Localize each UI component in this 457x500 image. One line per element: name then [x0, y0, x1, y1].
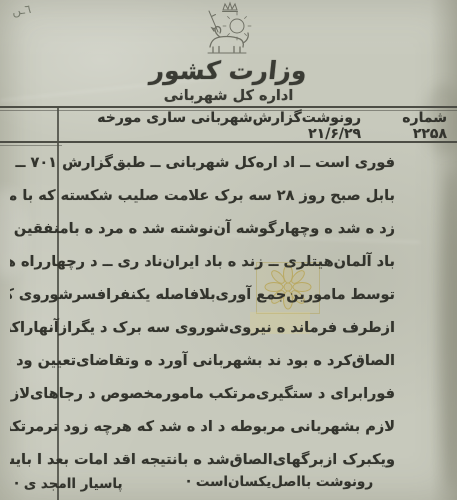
body-line: فورابرای د ستگیری‌مرتکب مامورمخصوص د رجا… [10, 378, 447, 411]
body-text: فوری است ــ اد اره‌کل شهربانی ــ طبق‌گزا… [10, 147, 447, 477]
body-line: ویکبرک ازبرگهای‌الصاق‌شد ه بانتیجه اقد ا… [10, 444, 447, 477]
body-line: لازم بشهربانی مربوطه د اد ه شد که هرچه ز… [10, 411, 447, 444]
body-line: باد آلمان‌هیتلری ــ زند ه باد ایران‌ناد … [10, 246, 447, 279]
scanned-document-page: ٦ـں وزارت کشور اداره کل شهربانی شماره ۲۲… [0, 0, 457, 500]
body-line: ازطرف فرماند ه نیروی‌شوروی سه برک د یگرا… [10, 312, 447, 345]
horizontal-rule-top [0, 106, 457, 108]
document-number: شماره ۲۲۵۸ [363, 110, 447, 142]
body-line: فوری است ــ اد اره‌کل شهربانی ــ طبق‌گزا… [10, 147, 447, 180]
signature: پاسیار اامجد ی · [14, 476, 123, 492]
certification-note: رونوشت بااصل‌یکسان‌است · [186, 474, 373, 490]
document-subject-line: رونوشت‌گزارش‌شهربانی ساری مورخه ۲۱/۶/۲۹ [62, 110, 363, 142]
body-line: بابل صبح روز ۲۸ سه برک علامت صلیب شکسته … [10, 180, 447, 213]
body-line: الصاق‌کرد ه بود ند بشهربانی آورد ه وتقاض… [10, 345, 447, 378]
pencil-annotation: ٦ـں [11, 2, 32, 18]
lion-and-sun-emblem-icon [196, 1, 264, 59]
body-line: زد ه شد ه وچهارگوشه آن‌نوشته شد ه مرد ه … [10, 213, 447, 246]
header-row: شماره ۲۲۵۸ رونوشت‌گزارش‌شهربانی ساری مور… [62, 113, 447, 139]
department-title: اداره کل شهربانی [0, 88, 457, 104]
body-line: توسط مامورین‌جمع آوری‌بلافاصله یکنفرافسر… [10, 279, 447, 312]
ministry-title: وزارت کشور [0, 56, 457, 85]
horizontal-rule-header-bottom-double [0, 145, 62, 146]
